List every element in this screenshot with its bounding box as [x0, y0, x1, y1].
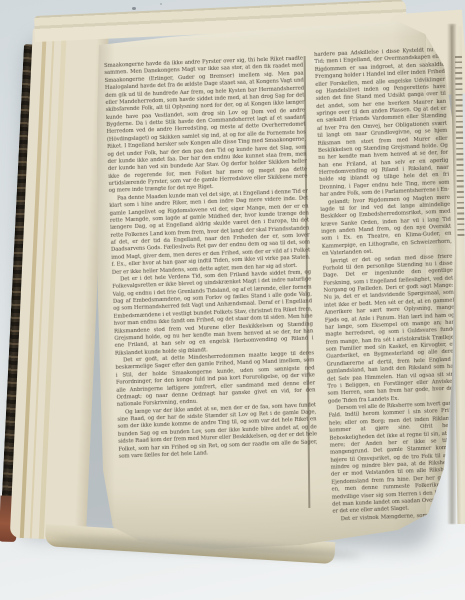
- text-column-left: Smaakongerne havde da ikke andre Fyrster…: [104, 56, 320, 510]
- text-paragraph: Paa denne Maaden kunde man vel det sige,…: [109, 188, 311, 277]
- book-photo: Smaakongerne havde da ikke andre Fyrster…: [0, 0, 465, 600]
- text-paragraph: Det er i det hele Verdens Tid, som den F…: [112, 269, 314, 358]
- text-paragraph: hardere paa Adskillelse i disse Kysteldt…: [314, 47, 450, 200]
- text-paragraph: Iøvrigt er det og sedan med disse friere…: [322, 253, 458, 406]
- text-paragraph: Det er godt, at dette Mindesherredommen …: [115, 350, 316, 409]
- text-paragraph: Dersom vel alle de Riksherre som hvert g…: [328, 400, 462, 516]
- text-paragraph: Og længe var der ikke andet at se, men d…: [117, 402, 318, 461]
- dust-speck: [160, 3, 162, 5]
- dust-speck: [132, 7, 136, 10]
- text-paragraph: Smaakongerne havde da ikke andre Fyrster…: [104, 56, 308, 196]
- text-paragraph: gelandt; hvor Rigdommen og Magten mere l…: [320, 194, 452, 258]
- text-column-right: hardere paa Adskillelse i disse Kysteldt…: [314, 47, 463, 522]
